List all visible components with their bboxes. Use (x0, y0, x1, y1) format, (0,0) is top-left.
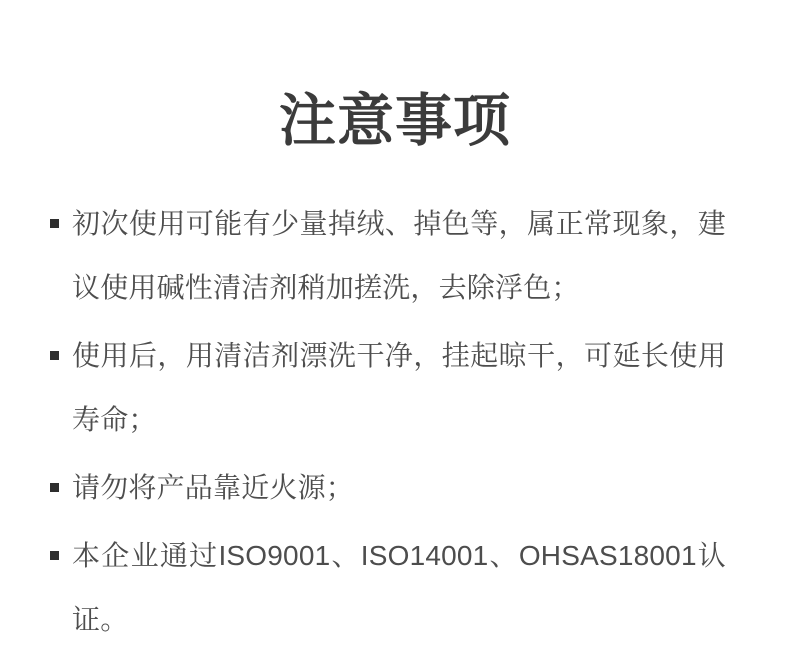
note-text: 初次使用可能有少量掉绒、掉色等，属正常现象，建议使用碱性清洁剂稍加搓洗，去除浮色… (72, 208, 726, 303)
list-item: 请勿将产品靠近火源； (72, 456, 726, 520)
square-bullet-icon (50, 351, 59, 360)
note-text: 本企业通过ISO9001、ISO14001、OHSAS18001认证。 (72, 540, 726, 635)
page-title: 注意事项 (0, 0, 790, 156)
square-bullet-icon (50, 219, 59, 228)
list-item: 本企业通过ISO9001、ISO14001、OHSAS18001认证。 (72, 524, 726, 652)
square-bullet-icon (50, 483, 59, 492)
precautions-page: 注意事项 初次使用可能有少量掉绒、掉色等，属正常现象，建议使用碱性清洁剂稍加搓洗… (0, 0, 790, 663)
list-item: 使用后，用清洁剂漂洗干净，挂起晾干，可延长使用寿命； (72, 324, 726, 452)
notes-list: 初次使用可能有少量掉绒、掉色等，属正常现象，建议使用碱性清洁剂稍加搓洗，去除浮色… (0, 192, 790, 652)
list-item: 初次使用可能有少量掉绒、掉色等，属正常现象，建议使用碱性清洁剂稍加搓洗，去除浮色… (72, 192, 726, 320)
note-text: 使用后，用清洁剂漂洗干净，挂起晾干，可延长使用寿命； (72, 340, 726, 435)
square-bullet-icon (50, 551, 59, 560)
note-text: 请勿将产品靠近火源； (72, 472, 354, 503)
